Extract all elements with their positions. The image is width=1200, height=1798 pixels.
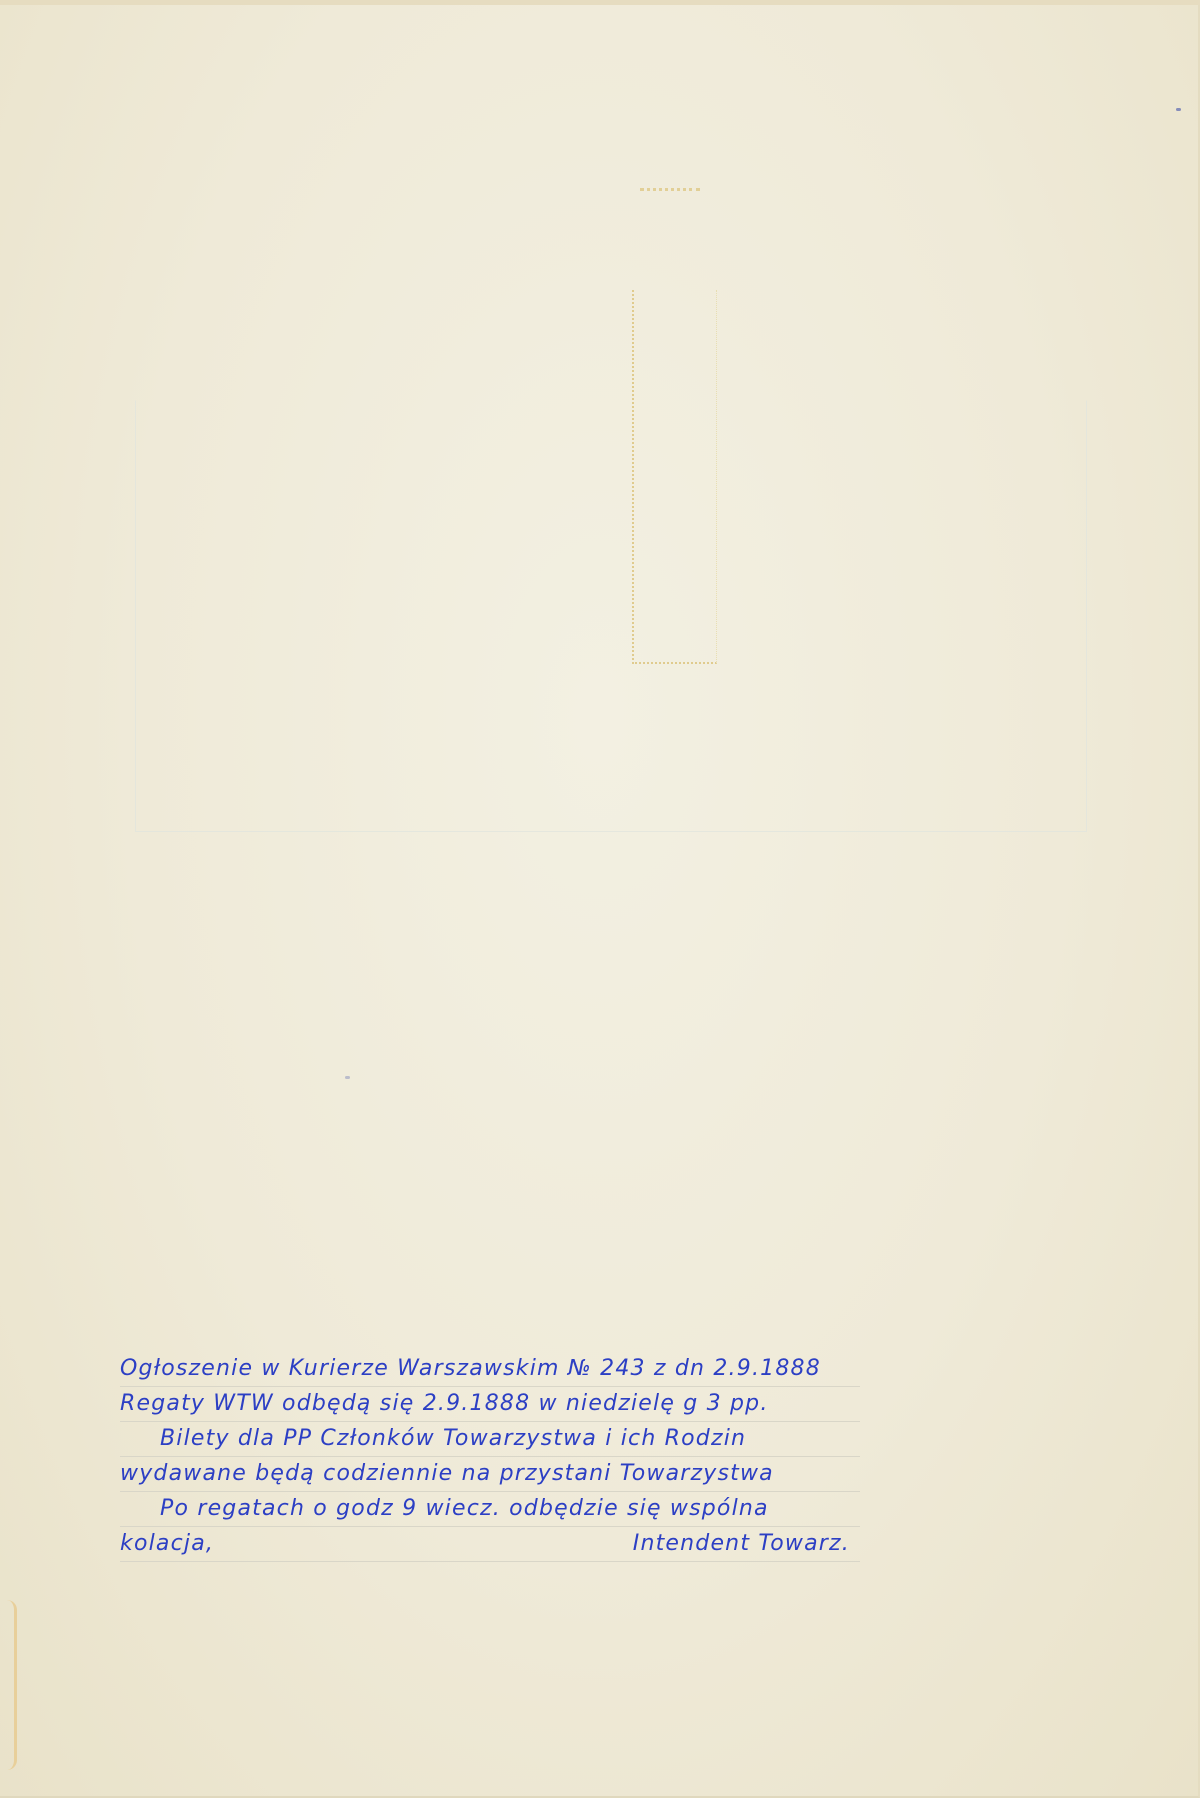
- binding-marks: [0, 1600, 17, 1770]
- note-line-2: Regaty WTW odbędą się 2.9.1888 w niedzie…: [120, 1387, 860, 1422]
- handwritten-note: Ogłoszenie w Kurierze Warszawskim № 243 …: [120, 1352, 860, 1562]
- ink-speck: [1176, 108, 1181, 111]
- ink-speck: [345, 1076, 350, 1079]
- paper-top-edge: [0, 0, 1200, 5]
- note-closing: kolacja,: [120, 1531, 214, 1556]
- note-line-6: kolacja, Intendent Towarz.: [120, 1527, 860, 1562]
- note-line-3: Bilety dla PP Członków Towarzystwa i ich…: [120, 1422, 860, 1457]
- note-line-1: Ogłoszenie w Kurierze Warszawskim № 243 …: [120, 1352, 860, 1387]
- faint-frame-outline: [135, 400, 1087, 832]
- signature: Intendent Towarz.: [633, 1527, 850, 1561]
- document-page: Ogłoszenie w Kurierze Warszawskim № 243 …: [0, 0, 1200, 1798]
- note-line-5: Po regatach o godz 9 wiecz. odbędzie się…: [120, 1492, 860, 1527]
- adhesive-stain-top: [640, 188, 700, 199]
- note-line-4: wydawane będą codziennie na przystani To…: [120, 1457, 860, 1492]
- adhesive-stain-outline: [632, 290, 717, 664]
